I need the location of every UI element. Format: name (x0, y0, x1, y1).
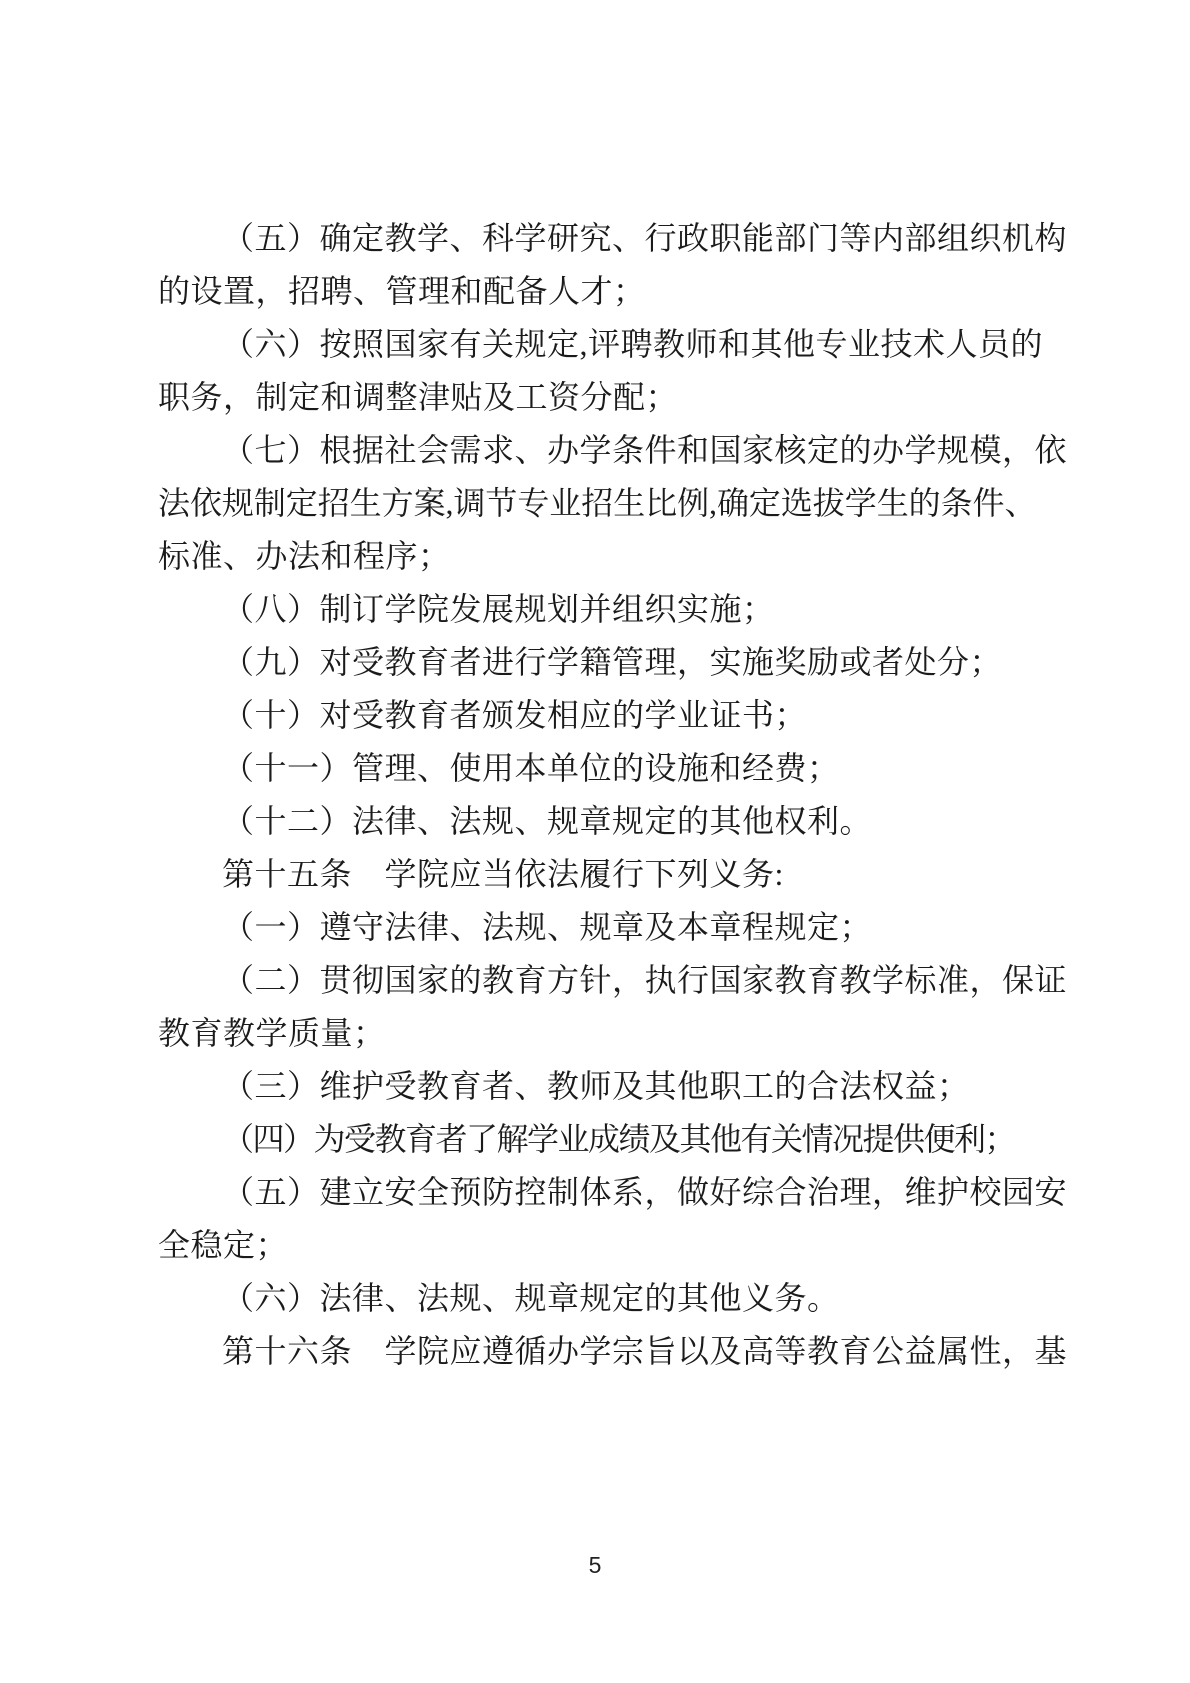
text-line: 全稳定； (158, 1219, 1035, 1272)
document-page: （五）确定教学、科学研究、行政职能部门等内部组织机构的设置，招聘、管理和配备人才… (0, 0, 1190, 1683)
text-line: （六）法律、法规、规章规定的其他义务。 (158, 1272, 1035, 1325)
text-line: （十二）法律、法规、规章规定的其他权利。 (158, 795, 1035, 848)
text-line: 第十六条 学院应遵循办学宗旨以及高等教育公益属性，基 (158, 1325, 1035, 1378)
text-line: （五）建立安全预防控制体系，做好综合治理，维护校园安 (158, 1166, 1035, 1219)
text-line: （十）对受教育者颁发相应的学业证书； (158, 689, 1035, 742)
text-line: （十一）管理、使用本单位的设施和经费； (158, 742, 1035, 795)
page-number: 5 (0, 1552, 1190, 1579)
document-body: （五）确定教学、科学研究、行政职能部门等内部组织机构的设置，招聘、管理和配备人才… (158, 212, 1035, 1378)
text-line: （六）按照国家有关规定,评聘教师和其他专业技术人员的 (158, 318, 1035, 371)
text-line: （一）遵守法律、法规、规章及本章程规定； (158, 901, 1035, 954)
text-line: （三）维护受教育者、教师及其他职工的合法权益； (158, 1060, 1035, 1113)
text-line: 法依规制定招生方案,调节专业招生比例,确定选拔学生的条件、 (158, 477, 1035, 530)
text-line: （四）为受教育者了解学业成绩及其他有关情况提供便利； (158, 1113, 1035, 1166)
text-line: （二）贯彻国家的教育方针，执行国家教育教学标准，保证 (158, 954, 1035, 1007)
text-line: 的设置，招聘、管理和配备人才； (158, 265, 1035, 318)
text-line: （七）根据社会需求、办学条件和国家核定的办学规模，依 (158, 424, 1035, 477)
text-line: 职务，制定和调整津贴及工资分配； (158, 371, 1035, 424)
text-line: 第十五条 学院应当依法履行下列义务: (158, 848, 1035, 901)
text-line: （五）确定教学、科学研究、行政职能部门等内部组织机构 (158, 212, 1035, 265)
text-line: 教育教学质量； (158, 1007, 1035, 1060)
text-line: （八）制订学院发展规划并组织实施； (158, 583, 1035, 636)
text-line: （九）对受教育者进行学籍管理，实施奖励或者处分； (158, 636, 1035, 689)
text-line: 标准、办法和程序； (158, 530, 1035, 583)
